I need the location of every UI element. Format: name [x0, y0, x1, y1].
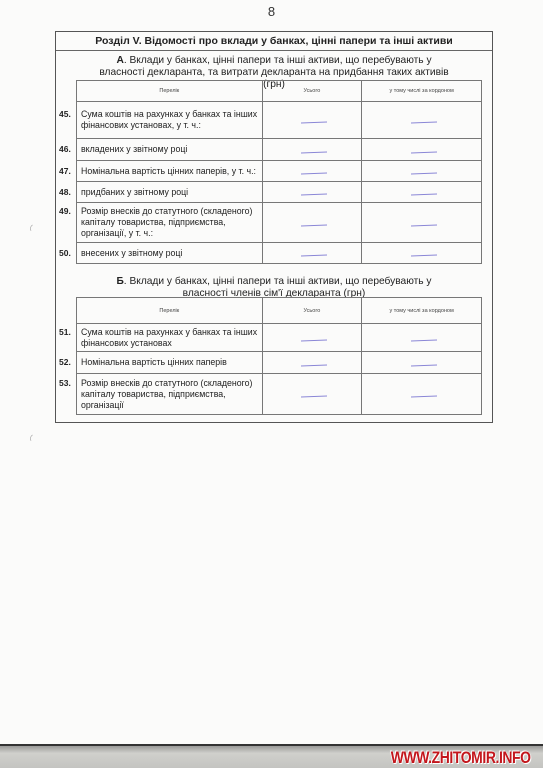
- handwritten-dash: [301, 364, 327, 366]
- total-cell: [262, 203, 362, 243]
- row-label-cell: 46.вкладених у звітному році: [77, 139, 263, 161]
- table-row: 45.Сума коштів на рахунках у банках та і…: [77, 102, 482, 139]
- handwritten-dash: [301, 396, 327, 398]
- handwritten-dash: [301, 151, 327, 153]
- row-label: Розмір внесків до статутного (складеного…: [81, 378, 252, 410]
- total-cell: [262, 182, 362, 203]
- handwritten-dash: [301, 255, 327, 257]
- handwritten-dash: [411, 122, 437, 124]
- section-box: Розділ V. Відомості про вклади у банках,…: [55, 31, 493, 423]
- handwritten-dash: [301, 194, 327, 196]
- row-label-cell: 49.Розмір внесків до статутного (складен…: [77, 203, 263, 243]
- table-row: 46.вкладених у звітному році: [77, 139, 482, 161]
- row-label-cell: 53.Розмір внесків до статутного (складен…: [77, 374, 263, 415]
- col-header-list: Перелік: [77, 81, 263, 102]
- handwritten-dash: [411, 151, 437, 153]
- row-label-cell: 51.Сума коштів на рахунках у банках та і…: [77, 324, 263, 352]
- abroad-cell: [362, 203, 482, 243]
- row-number: 48.: [59, 187, 71, 198]
- row-label: придбаних у звітному році: [81, 187, 188, 197]
- table-part-a: Перелік Усього у тому числі за кордоном …: [76, 80, 482, 264]
- table-row: 47.Номінальна вартість цінних паперів, у…: [77, 161, 482, 182]
- handwritten-dash: [301, 224, 327, 226]
- row-label-cell: 47.Номінальна вартість цінних паперів, у…: [77, 161, 263, 182]
- abroad-cell: [362, 161, 482, 182]
- table-row: 50.внесених у звітному році: [77, 243, 482, 264]
- section-title: Розділ V. Відомості про вклади у банках,…: [56, 32, 492, 51]
- total-cell: [262, 161, 362, 182]
- total-cell: [262, 352, 362, 374]
- handwritten-dash: [411, 173, 437, 175]
- part-a-letter: А: [116, 55, 123, 66]
- row-number: 52.: [59, 357, 71, 368]
- row-label: внесених у звітному році: [81, 248, 182, 258]
- row-label-cell: 50.внесених у звітному році: [77, 243, 263, 264]
- col-header-abroad: у тому числі за кордоном: [362, 81, 482, 102]
- row-number: 49.: [59, 206, 71, 217]
- row-label: вкладених у звітному році: [81, 144, 187, 154]
- page-number: 8: [0, 4, 543, 19]
- row-number: 53.: [59, 378, 71, 389]
- col-header-total: Усього: [262, 81, 362, 102]
- handwritten-dash: [301, 339, 327, 341]
- total-cell: [262, 374, 362, 415]
- total-cell: [262, 243, 362, 264]
- table-row: 52.Номінальна вартість цінних паперів: [77, 352, 482, 374]
- row-label: Розмір внесків до статутного (складеного…: [81, 206, 252, 238]
- abroad-cell: [362, 139, 482, 161]
- row-number: 50.: [59, 248, 71, 259]
- row-number: 47.: [59, 166, 71, 177]
- table-row: 48.придбаних у звітному році: [77, 182, 482, 203]
- row-number: 46.: [59, 144, 71, 155]
- watermark-logo: WWW.ZHITOMIR.INFO: [391, 748, 531, 768]
- row-label: Сума коштів на рахунках у банках та інши…: [81, 109, 257, 130]
- watermark-bar: WWW.ZHITOMIR.INFO: [0, 744, 543, 768]
- table-row: 53.Розмір внесків до статутного (складен…: [77, 374, 482, 415]
- hole-punch-mark: ◜: [27, 222, 38, 236]
- part-b-text: . Вклади у банках, цінні папери та інші …: [124, 276, 432, 299]
- handwritten-dash: [411, 224, 437, 226]
- table-part-b: Перелік Усього у тому числі за кордоном …: [76, 297, 482, 415]
- handwritten-dash: [301, 122, 327, 124]
- row-label-cell: 48.придбаних у звітному році: [77, 182, 263, 203]
- handwritten-dash: [411, 194, 437, 196]
- row-number: 45.: [59, 109, 71, 120]
- handwritten-dash: [411, 364, 437, 366]
- abroad-cell: [362, 102, 482, 139]
- handwritten-dash: [411, 339, 437, 341]
- abroad-cell: [362, 374, 482, 415]
- abroad-cell: [362, 324, 482, 352]
- total-cell: [262, 324, 362, 352]
- abroad-cell: [362, 182, 482, 203]
- part-b-letter: Б: [116, 276, 123, 287]
- hole-punch-mark: ◜: [27, 432, 38, 446]
- col-header-list: Перелік: [77, 298, 263, 324]
- handwritten-dash: [411, 396, 437, 398]
- row-number: 51.: [59, 327, 71, 338]
- total-cell: [262, 102, 362, 139]
- row-label: Номінальна вартість цінних паперів: [81, 357, 227, 367]
- col-header-abroad: у тому числі за кордоном: [362, 298, 482, 324]
- row-label: Номінальна вартість цінних паперів, у т.…: [81, 166, 256, 176]
- table-row: 51.Сума коштів на рахунках у банках та і…: [77, 324, 482, 352]
- row-label: Сума коштів на рахунках у банках та інши…: [81, 327, 257, 348]
- col-header-total: Усього: [262, 298, 362, 324]
- row-label-cell: 45.Сума коштів на рахунках у банках та і…: [77, 102, 263, 139]
- table-row: 49.Розмір внесків до статутного (складен…: [77, 203, 482, 243]
- total-cell: [262, 139, 362, 161]
- row-label-cell: 52.Номінальна вартість цінних паперів: [77, 352, 263, 374]
- abroad-cell: [362, 243, 482, 264]
- handwritten-dash: [301, 173, 327, 175]
- handwritten-dash: [411, 255, 437, 257]
- abroad-cell: [362, 352, 482, 374]
